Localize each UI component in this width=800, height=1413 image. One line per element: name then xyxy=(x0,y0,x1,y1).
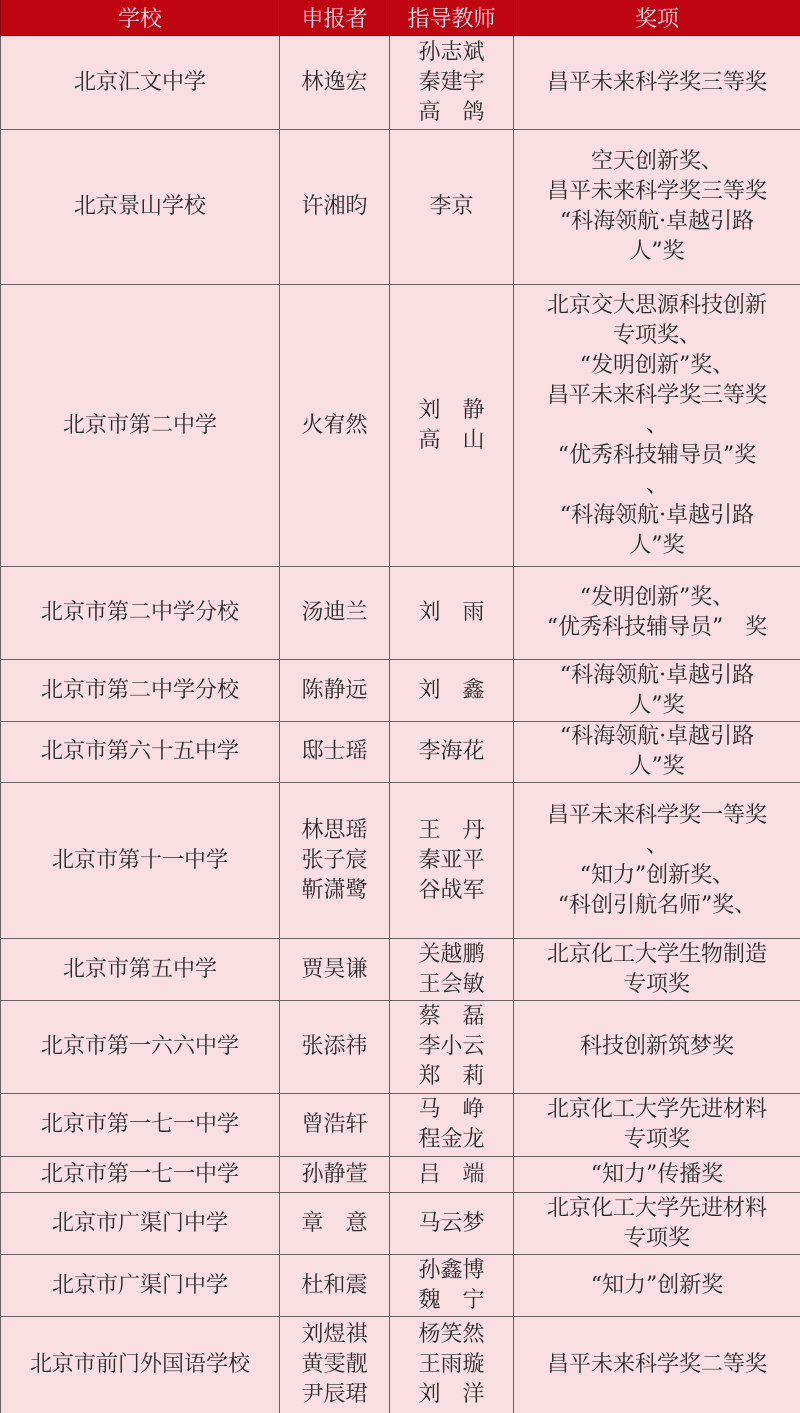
teacher-cell: 关越鹏王会敏 xyxy=(390,939,514,1001)
applicant-name: 陈静远 xyxy=(282,676,387,706)
teacher-cell: 孙志斌秦建宇高 鸽 xyxy=(390,36,514,130)
applicant-name: 曾浩轩 xyxy=(282,1110,387,1140)
award-line: “知力”创新奖 xyxy=(516,1271,798,1301)
award-line: 人”奖 xyxy=(516,237,798,267)
school-cell: 北京市第二中学分校 xyxy=(1,660,280,722)
applicant-name: 靳潇鹭 xyxy=(282,876,387,906)
teacher-name: 关越鹏 xyxy=(392,940,511,970)
applicant-cell: 贾昊谦 xyxy=(280,939,390,1001)
teacher-cell: 李京 xyxy=(390,130,514,285)
award-cell: “科海领航·卓越引路人”奖 xyxy=(514,660,800,722)
header-teacher: 指导教师 xyxy=(390,0,514,36)
header-school: 学校 xyxy=(1,0,280,36)
award-cell: 科技创新筑梦奖 xyxy=(514,1001,800,1094)
school-cell: 北京景山学校 xyxy=(1,130,280,285)
teacher-name: 李京 xyxy=(392,192,511,222)
award-cell: 昌平未来科学奖一等奖、“知力”创新奖、“科创引航名师”奖、 xyxy=(514,783,800,939)
teacher-name: 刘 鑫 xyxy=(392,676,511,706)
table-row: 北京市第六十五中学邸士瑶李海花“科海领航·卓越引路人”奖 xyxy=(1,722,800,783)
school-cell: 北京汇文中学 xyxy=(1,36,280,130)
table-row: 北京市广渠门中学杜和震孙鑫博魏 宁“知力”创新奖 xyxy=(1,1255,800,1317)
table-row: 北京汇文中学林逸宏孙志斌秦建宇高 鸽昌平未来科学奖三等奖 xyxy=(1,36,800,130)
award-line: 人”奖 xyxy=(516,691,798,721)
applicant-cell: 火宥然 xyxy=(280,285,390,567)
teacher-cell: 马云梦 xyxy=(390,1193,514,1255)
award-line: 人”奖 xyxy=(516,752,798,782)
award-line: 北京化工大学先进材料 xyxy=(516,1095,798,1125)
award-line: “优秀科技辅导员”奖 xyxy=(516,441,798,471)
teacher-name: 高 鸽 xyxy=(392,98,511,128)
teacher-name: 刘 雨 xyxy=(392,598,511,628)
award-cell: 北京交大思源科技创新专项奖、“发明创新”奖、昌平未来科学奖三等奖、“优秀科技辅导… xyxy=(514,285,800,567)
award-line: 空天创新奖、 xyxy=(516,147,798,177)
award-line: “科创引航名师”奖、 xyxy=(516,891,798,921)
school-cell: 北京市第二中学 xyxy=(1,285,280,567)
award-cell: 空天创新奖、昌平未来科学奖三等奖“科海领航·卓越引路人”奖 xyxy=(514,130,800,285)
table-row: 北京市第一六六中学张添祎蔡 磊李小云郑 莉科技创新筑梦奖 xyxy=(1,1001,800,1094)
applicant-name: 黄雯靓 xyxy=(282,1350,387,1380)
applicant-cell: 杜和震 xyxy=(280,1255,390,1317)
applicant-cell: 孙静萱 xyxy=(280,1157,390,1193)
header-applicant: 申报者 xyxy=(280,0,390,36)
award-cell: 北京化工大学先进材料专项奖 xyxy=(514,1193,800,1255)
school-cell: 北京市广渠门中学 xyxy=(1,1193,280,1255)
school-cell: 北京市第一七一中学 xyxy=(1,1157,280,1193)
teacher-cell: 李海花 xyxy=(390,722,514,783)
applicant-name: 孙静萱 xyxy=(282,1160,387,1190)
table-row: 北京市第十一中学林思瑶张子宸靳潇鹭王 丹秦亚平谷战军昌平未来科学奖一等奖、“知力… xyxy=(1,783,800,939)
header-award: 奖项 xyxy=(514,0,800,36)
header-row: 学校 申报者 指导教师 奖项 xyxy=(1,0,800,36)
teacher-name: 李小云 xyxy=(392,1032,511,1062)
table-row: 北京市第一七一中学曾浩轩马 峥程金龙北京化工大学先进材料专项奖 xyxy=(1,1094,800,1157)
table-row: 北京市前门外国语学校刘煜祺黄雯靓尹辰珺杨笑然王雨璇刘 洋昌平未来科学奖二等奖 xyxy=(1,1317,800,1413)
award-cell: 昌平未来科学奖三等奖 xyxy=(514,36,800,130)
award-line: 北京交大思源科技创新 xyxy=(516,291,798,321)
teacher-name: 吕 端 xyxy=(392,1160,511,1190)
teacher-name: 刘 洋 xyxy=(392,1380,511,1410)
applicant-name: 汤迪兰 xyxy=(282,598,387,628)
applicant-name: 火宥然 xyxy=(282,411,387,441)
applicant-cell: 章 意 xyxy=(280,1193,390,1255)
award-line: 北京化工大学先进材料 xyxy=(516,1194,798,1224)
award-line: “知力”传播奖 xyxy=(516,1160,798,1190)
school-cell: 北京市第一七一中学 xyxy=(1,1094,280,1157)
applicant-cell: 许湘昀 xyxy=(280,130,390,285)
award-line: 科技创新筑梦奖 xyxy=(516,1032,798,1062)
award-line: 、 xyxy=(516,831,798,861)
applicant-name: 刘煜祺 xyxy=(282,1320,387,1350)
teacher-name: 杨笑然 xyxy=(392,1320,511,1350)
award-cell: “科海领航·卓越引路人”奖 xyxy=(514,722,800,783)
school-cell: 北京市第六十五中学 xyxy=(1,722,280,783)
award-cell: “知力”传播奖 xyxy=(514,1157,800,1193)
table-body: 北京汇文中学林逸宏孙志斌秦建宇高 鸽昌平未来科学奖三等奖北京景山学校许湘昀李京空… xyxy=(1,36,800,1413)
award-line: 专项奖、 xyxy=(516,321,798,351)
applicant-cell: 汤迪兰 xyxy=(280,567,390,660)
teacher-name: 马云梦 xyxy=(392,1209,511,1239)
table-row: 北京景山学校许湘昀李京空天创新奖、昌平未来科学奖三等奖“科海领航·卓越引路人”奖 xyxy=(1,130,800,285)
award-line: 昌平未来科学奖三等奖 xyxy=(516,381,798,411)
school-cell: 北京市第一六六中学 xyxy=(1,1001,280,1094)
table-row: 北京市第二中学火宥然刘 静高 山北京交大思源科技创新专项奖、“发明创新”奖、昌平… xyxy=(1,285,800,567)
teacher-name: 谷战军 xyxy=(392,876,511,906)
school-cell: 北京市第十一中学 xyxy=(1,783,280,939)
table-row: 北京市广渠门中学章 意马云梦北京化工大学先进材料专项奖 xyxy=(1,1193,800,1255)
school-cell: 北京市第五中学 xyxy=(1,939,280,1001)
table-row: 北京市第五中学贾昊谦关越鹏王会敏北京化工大学生物制造专项奖 xyxy=(1,939,800,1001)
applicant-cell: 刘煜祺黄雯靓尹辰珺 xyxy=(280,1317,390,1413)
applicant-cell: 林思瑶张子宸靳潇鹭 xyxy=(280,783,390,939)
teacher-cell: 王 丹秦亚平谷战军 xyxy=(390,783,514,939)
teacher-cell: 杨笑然王雨璇刘 洋 xyxy=(390,1317,514,1413)
award-line: 北京化工大学生物制造 xyxy=(516,940,798,970)
table-row: 北京市第一七一中学孙静萱吕 端“知力”传播奖 xyxy=(1,1157,800,1193)
award-line: 专项奖 xyxy=(516,970,798,1000)
award-line: “科海领航·卓越引路 xyxy=(516,722,798,752)
teacher-name: 郑 莉 xyxy=(392,1062,511,1092)
teacher-name: 刘 静 xyxy=(392,396,511,426)
table-row: 北京市第二中学分校汤迪兰刘 雨“发明创新”奖、“优秀科技辅导员” 奖 xyxy=(1,567,800,660)
teacher-name: 高 山 xyxy=(392,426,511,456)
award-line: 、 xyxy=(516,471,798,501)
award-line: 人”奖 xyxy=(516,531,798,561)
school-cell: 北京市广渠门中学 xyxy=(1,1255,280,1317)
teacher-name: 蔡 磊 xyxy=(392,1002,511,1032)
award-line: 专项奖 xyxy=(516,1125,798,1155)
award-line: “科海领航·卓越引路 xyxy=(516,207,798,237)
award-line: “发明创新”奖、 xyxy=(516,351,798,381)
teacher-cell: 刘 雨 xyxy=(390,567,514,660)
applicant-name: 张子宸 xyxy=(282,846,387,876)
applicant-cell: 邸士瑶 xyxy=(280,722,390,783)
teacher-name: 马 峥 xyxy=(392,1095,511,1125)
applicant-cell: 曾浩轩 xyxy=(280,1094,390,1157)
award-line: “科海领航·卓越引路 xyxy=(516,661,798,691)
award-line: 昌平未来科学奖二等奖 xyxy=(516,1350,798,1380)
award-cell: 北京化工大学先进材料专项奖 xyxy=(514,1094,800,1157)
applicant-cell: 林逸宏 xyxy=(280,36,390,130)
award-line: 专项奖 xyxy=(516,1224,798,1254)
school-cell: 北京市前门外国语学校 xyxy=(1,1317,280,1413)
award-line: 、 xyxy=(516,411,798,441)
award-cell: “知力”创新奖 xyxy=(514,1255,800,1317)
teacher-name: 王会敏 xyxy=(392,970,511,1000)
teacher-name: 孙志斌 xyxy=(392,38,511,68)
teacher-cell: 刘 静高 山 xyxy=(390,285,514,567)
award-line: “知力”创新奖、 xyxy=(516,861,798,891)
applicant-name: 章 意 xyxy=(282,1209,387,1239)
teacher-cell: 孙鑫博魏 宁 xyxy=(390,1255,514,1317)
teacher-name: 秦建宇 xyxy=(392,68,511,98)
teacher-cell: 马 峥程金龙 xyxy=(390,1094,514,1157)
award-cell: 北京化工大学生物制造专项奖 xyxy=(514,939,800,1001)
applicant-name: 张添祎 xyxy=(282,1032,387,1062)
applicant-name: 林思瑶 xyxy=(282,816,387,846)
teacher-name: 秦亚平 xyxy=(392,846,511,876)
applicant-name: 许湘昀 xyxy=(282,192,387,222)
teacher-name: 孙鑫博 xyxy=(392,1256,511,1286)
award-line: 昌平未来科学奖三等奖 xyxy=(516,68,798,98)
teacher-name: 魏 宁 xyxy=(392,1286,511,1316)
applicant-name: 林逸宏 xyxy=(282,68,387,98)
applicant-name: 尹辰珺 xyxy=(282,1380,387,1410)
award-line: 昌平未来科学奖三等奖 xyxy=(516,177,798,207)
applicant-cell: 陈静远 xyxy=(280,660,390,722)
teacher-name: 王雨璇 xyxy=(392,1350,511,1380)
teacher-name: 程金龙 xyxy=(392,1125,511,1155)
teacher-cell: 蔡 磊李小云郑 莉 xyxy=(390,1001,514,1094)
teacher-cell: 吕 端 xyxy=(390,1157,514,1193)
teacher-cell: 刘 鑫 xyxy=(390,660,514,722)
applicant-name: 贾昊谦 xyxy=(282,955,387,985)
award-line: “发明创新”奖、 xyxy=(516,583,798,613)
table-row: 北京市第二中学分校陈静远刘 鑫“科海领航·卓越引路人”奖 xyxy=(1,660,800,722)
teacher-name: 李海花 xyxy=(392,737,511,767)
award-line: 昌平未来科学奖一等奖 xyxy=(516,801,798,831)
award-cell: 昌平未来科学奖二等奖 xyxy=(514,1317,800,1413)
teacher-name: 王 丹 xyxy=(392,816,511,846)
school-cell: 北京市第二中学分校 xyxy=(1,567,280,660)
applicant-name: 邸士瑶 xyxy=(282,737,387,767)
award-line: “优秀科技辅导员” 奖 xyxy=(516,613,798,643)
applicant-cell: 张添祎 xyxy=(280,1001,390,1094)
applicant-name: 杜和震 xyxy=(282,1271,387,1301)
award-line: “科海领航·卓越引路 xyxy=(516,501,798,531)
awards-table: 学校 申报者 指导教师 奖项 北京汇文中学林逸宏孙志斌秦建宇高 鸽昌平未来科学奖… xyxy=(0,0,800,1413)
award-cell: “发明创新”奖、“优秀科技辅导员” 奖 xyxy=(514,567,800,660)
